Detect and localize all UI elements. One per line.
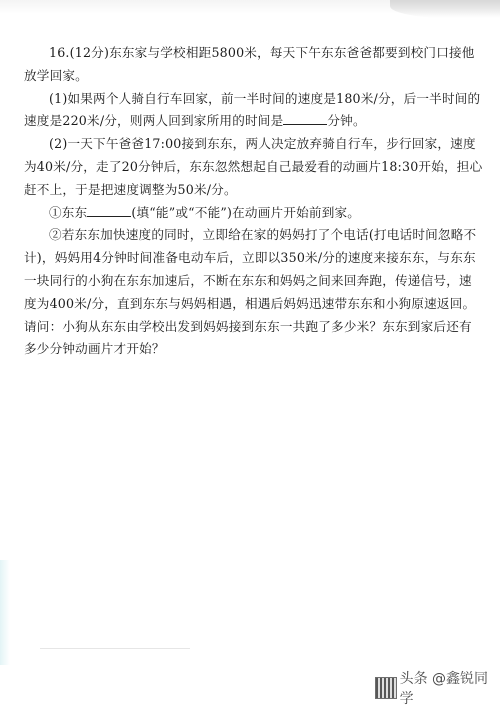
watermark-text: 头条 @鑫锐同学 [400,668,500,707]
part-1-text: (1)如果两个人骑自行车回家，前一半时间的速度是180米/分，后一半时间的速度是… [24,91,480,129]
sub-question-1: ①东东(填“能”或“不能”)在动画片开始前到家。 [24,202,484,225]
part-2: (2)一天下午爸爸17:00接到东东，两人决定放弃骑自行车，步行回家，速度为40… [24,133,484,201]
watermark: 头条 @鑫锐同学 [375,676,500,700]
question-number: 16. [49,45,70,60]
page-edge-tint [0,560,10,665]
answer-blank-2 [87,202,131,217]
page-curl-shadow [390,0,500,18]
question-16: 16.(12分)东东家与学校相距5800米，每天下午东东爸爸都要到校门口接他放学… [24,42,484,361]
question-intro: 16.(12分)东东家与学校相距5800米，每天下午东东爸爸都要到校门口接他放学… [24,42,484,88]
part-1: (1)如果两个人骑自行车回家，前一半时间的速度是180米/分，后一半时间的速度是… [24,88,484,134]
answer-blank-1 [283,110,327,125]
sub-question-1-suffix: (填“能”或“不能”)在动画片开始前到家。 [131,205,360,220]
scanned-page: 16.(12分)东东家与学校相距5800米，每天下午东东爸爸都要到校门口接他放学… [0,0,500,665]
qr-code-icon [375,677,397,699]
sub-question-2: ②若东东加快速度的同时，立即给在家的妈妈打了个电话(打电话时间忽略不计)，妈妈用… [24,224,484,361]
faint-footer-line [40,648,190,649]
sub-question-1-prefix: ①东东 [49,205,87,220]
question-points: (12分) [70,45,109,60]
part-1-unit: 分钟。 [327,113,365,128]
